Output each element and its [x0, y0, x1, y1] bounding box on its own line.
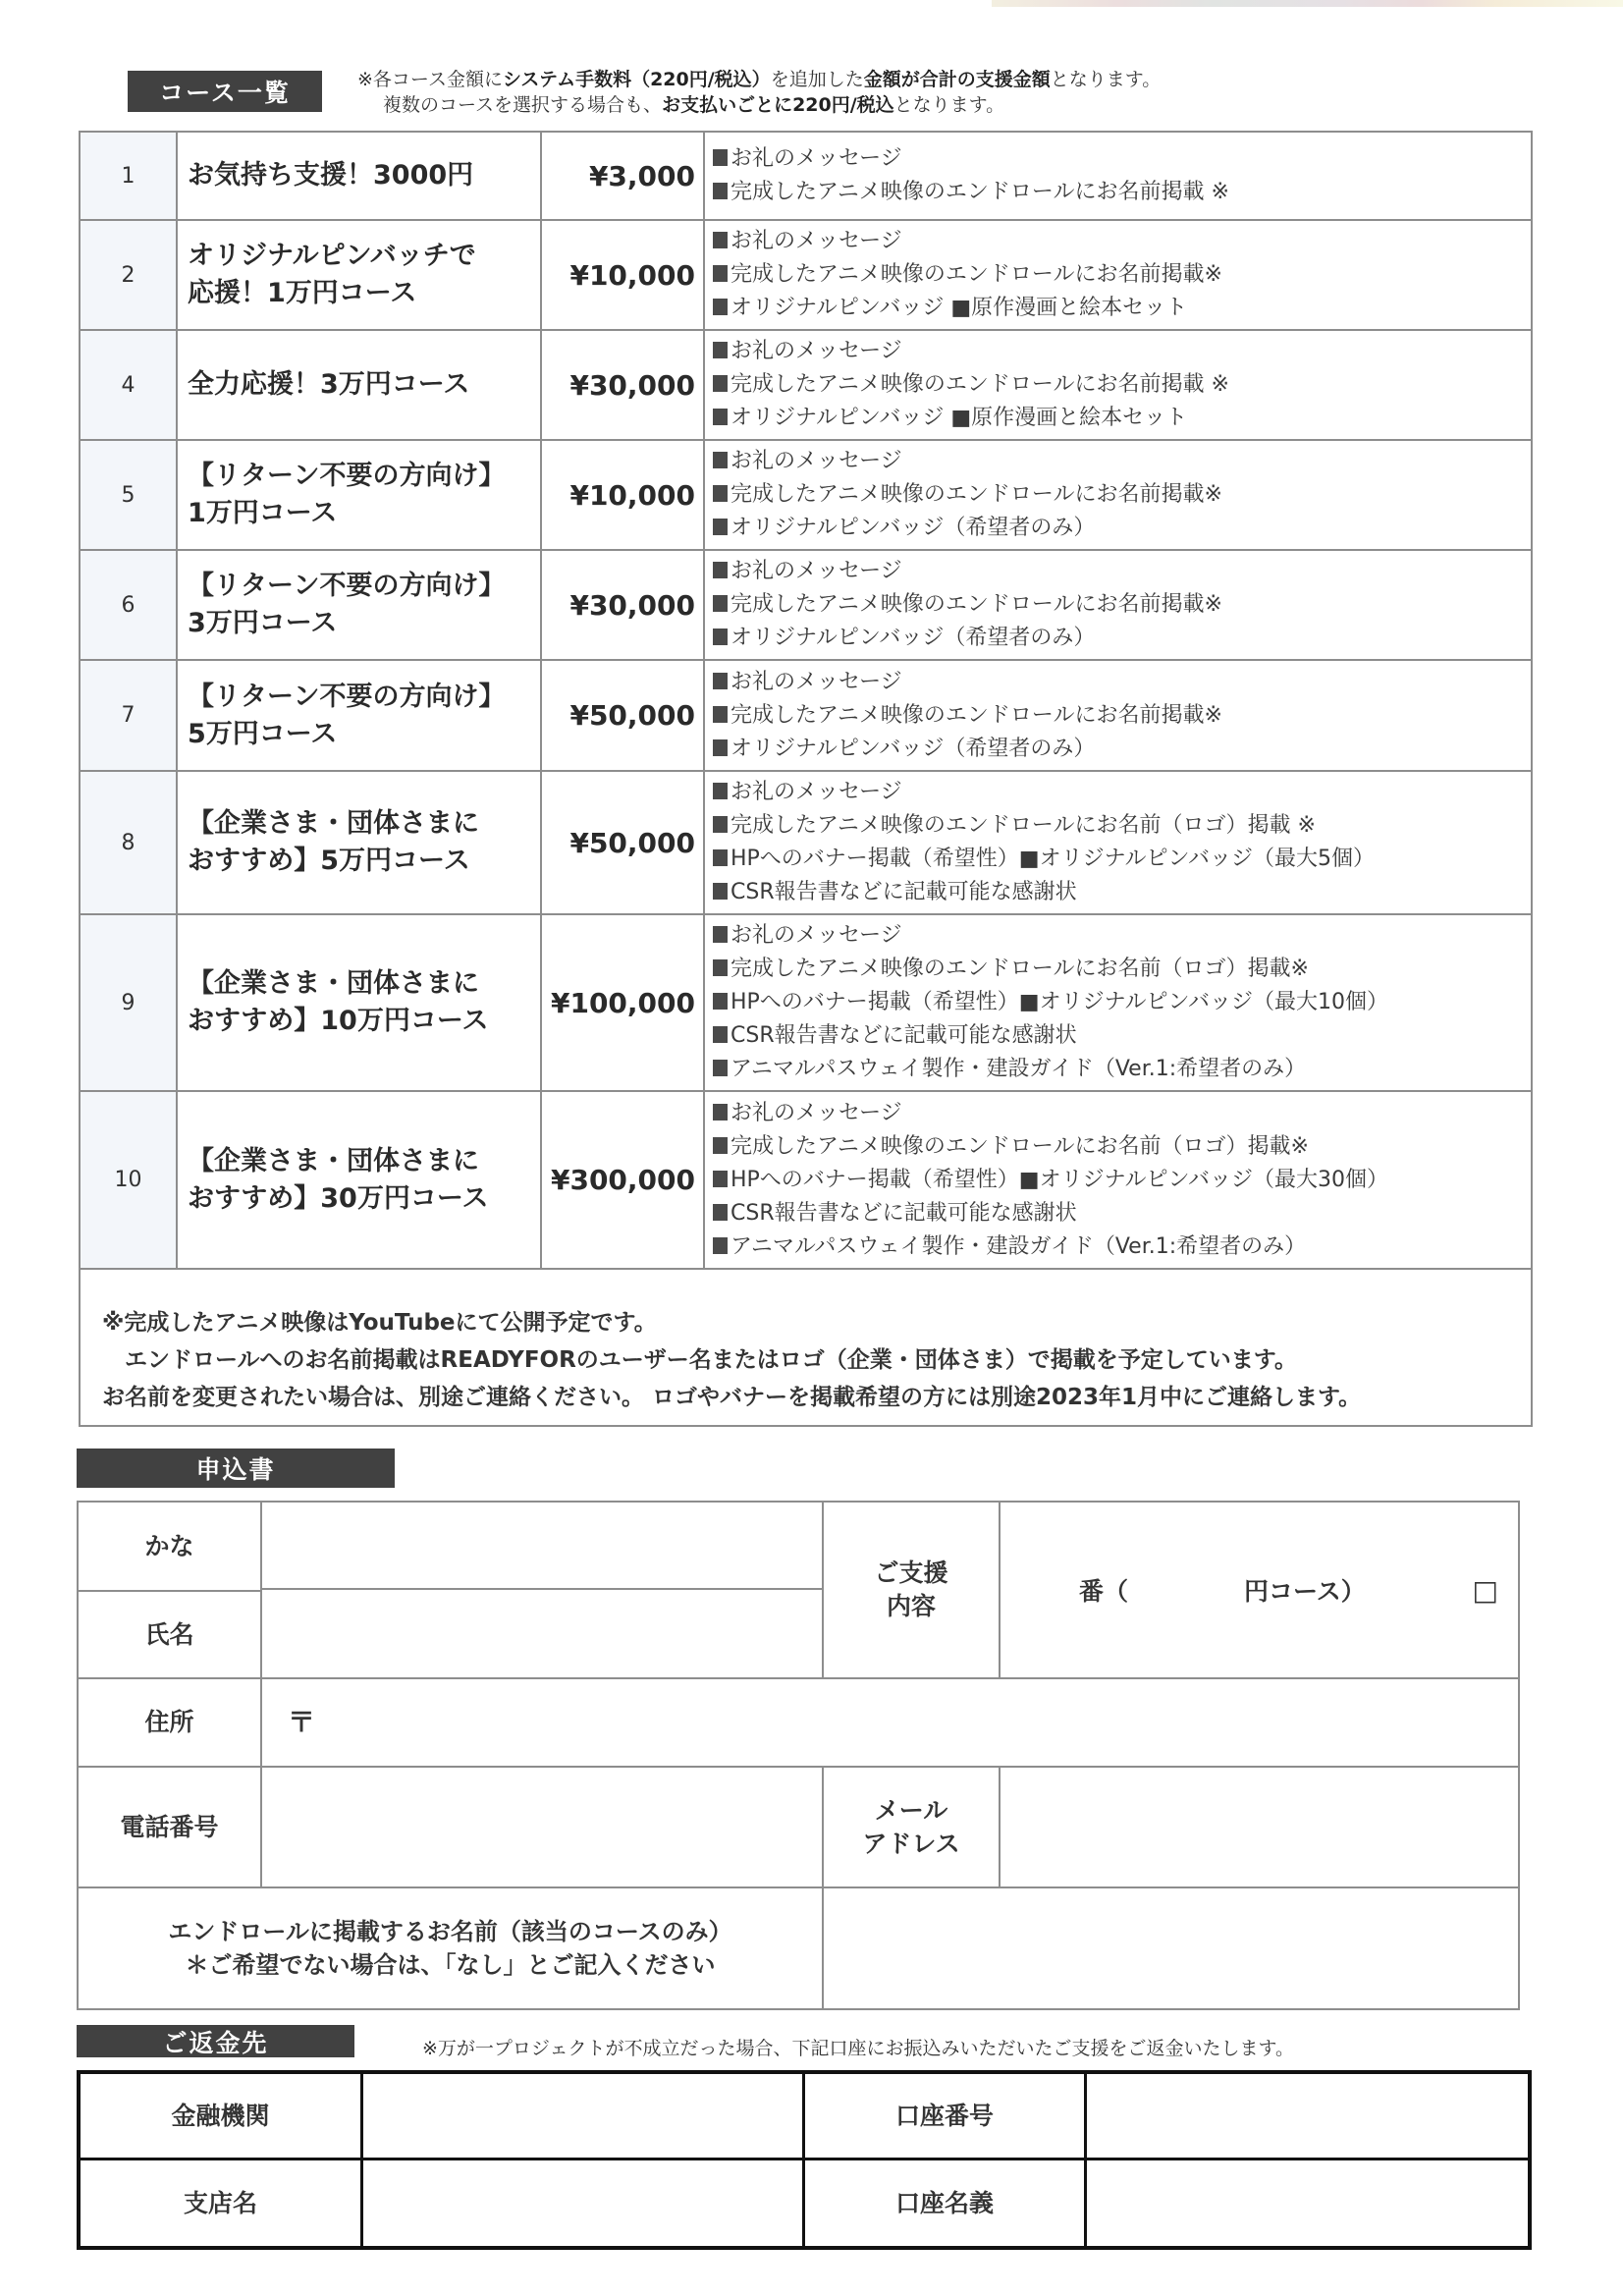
bullet-square-icon [713, 1026, 728, 1043]
bullet-square-icon [713, 183, 728, 199]
kana-cell [262, 1503, 824, 1590]
reward-item: 完成したアニメ映像のエンドロールにお名前掲載 ※ [713, 368, 1531, 402]
scan-edge-artifact [992, 0, 1623, 7]
course-price: ¥50,000 [541, 660, 704, 771]
reward-item: 完成したアニメ映像のエンドロールにお名前（ロゴ）掲載※ [713, 1130, 1531, 1164]
course-name-line: 5万円コース [188, 716, 540, 753]
course-row: 7【リターン不要の方向け】5万円コース¥50,000お礼のメッセージ完成したアニ… [80, 660, 1532, 771]
course-name: 【リターン不要の方向け】3万円コース [177, 550, 541, 660]
course-row: 1お気持ち支援！3000円¥3,000お礼のメッセージ完成したアニメ映像のエンド… [80, 132, 1532, 220]
phone-cell [262, 1766, 824, 1886]
course-row: 8【企業さま・団体さまにおすすめ】5万円コース¥50,000お礼のメッセージ完成… [80, 771, 1532, 914]
reward-item: HPへのバナー掲載（希望性）■オリジナルピンバッジ（最大30個） [713, 1164, 1531, 1197]
footnote-line: エンドロールへのお名前掲載はREADYFORのユーザー名またはロゴ（企業・団体さ… [102, 1341, 1531, 1379]
branch-cell [363, 2160, 805, 2246]
name-label: 氏名 [79, 1590, 262, 1677]
course-footnote: ※完成したアニメ映像はYouTubeにて公開予定です。 エンドロールへのお名前掲… [80, 1269, 1532, 1426]
bullet-square-icon [713, 816, 728, 833]
kana-label: かな [79, 1503, 262, 1590]
branch-label: 支店名 [81, 2160, 363, 2246]
account-number-input[interactable] [1097, 2094, 1509, 2139]
reward-item: CSR報告書などに記載可能な感謝状 [713, 1197, 1531, 1230]
course-name: オリジナルピンバッチで応援！1万円コース [177, 220, 541, 330]
bullet-square-icon [713, 883, 728, 900]
course-row: 9【企業さま・団体さまにおすすめ】10万円コース¥100,000お礼のメッセージ… [80, 914, 1532, 1091]
bullet-square-icon [713, 959, 728, 976]
course-amount-suffix: 円コース） [1244, 1572, 1366, 1608]
reward-item: オリジナルピンバッジ（希望者のみ） [713, 622, 1531, 655]
courses-fee-note: ※各コース金額にシステム手数料（220円/税込）を追加した金額が合計の支援金額と… [357, 67, 1161, 118]
account-holder-cell [1087, 2160, 1528, 2246]
course-table: 1お気持ち支援！3000円¥3,000お礼のメッセージ完成したアニメ映像のエンド… [79, 131, 1533, 1427]
course-number: 4 [80, 330, 177, 440]
reward-item: CSR報告書などに記載可能な感謝状 [713, 1019, 1531, 1053]
course-number: 6 [80, 550, 177, 660]
course-rewards: お礼のメッセージ完成したアニメ映像のエンドロールにお名前掲載※オリジナルピンバッ… [704, 550, 1532, 660]
course-name-line: オリジナルピンバッチで [188, 238, 540, 275]
reward-item: オリジナルピンバッジ ■原作漫画と絵本セット [713, 402, 1531, 435]
account-number-label: 口座番号 [805, 2074, 1087, 2160]
reward-item: お礼のメッセージ [713, 666, 1531, 699]
reward-item: お礼のメッセージ [713, 445, 1531, 478]
phone-input[interactable] [272, 1803, 812, 1850]
reward-item: オリジナルピンバッジ（希望者のみ） [713, 733, 1531, 766]
support-content-label: ご支援 内容 [824, 1503, 1001, 1677]
application-section-tag: 申込書 [77, 1449, 395, 1488]
name-cell [262, 1590, 824, 1677]
course-row: 10【企業さま・団体さまにおすすめ】30万円コース¥300,000お礼のメッセー… [80, 1091, 1532, 1269]
bullet-square-icon [713, 595, 728, 612]
course-name-line: 全力応援！3万円コース [188, 366, 540, 404]
course-row: 4全力応援！3万円コース¥30,000お礼のメッセージ完成したアニメ映像のエンド… [80, 330, 1532, 440]
bullet-square-icon [713, 265, 728, 282]
course-number: 2 [80, 220, 177, 330]
endroll-name-label: エンドロールに掲載するお名前（該当のコースのみ） ＊ご希望でない場合は、「なし」… [79, 1886, 824, 2008]
course-name: 【企業さま・団体さまにおすすめ】5万円コース [177, 771, 541, 914]
course-rewards: お礼のメッセージ完成したアニメ映像のエンドロールにお名前（ロゴ）掲載 ※HPへの… [704, 771, 1532, 914]
bullet-square-icon [713, 562, 728, 578]
reward-item: 完成したアニメ映像のエンドロールにお名前掲載 ※ [713, 176, 1531, 209]
postal-mark: 〒 [288, 1701, 315, 1740]
course-name-line: 【リターン不要の方向け】 [188, 458, 540, 495]
course-price: ¥10,000 [541, 220, 704, 330]
course-name-line: 【企業さま・団体さまに [188, 1143, 540, 1180]
course-row: 5【リターン不要の方向け】1万円コース¥10,000お礼のメッセージ完成したアニ… [80, 440, 1532, 550]
reward-item: HPへのバナー掲載（希望性）■オリジナルピンバッジ（最大10個） [713, 986, 1531, 1019]
bullet-square-icon [713, 485, 728, 502]
reward-item: お礼のメッセージ [713, 335, 1531, 368]
bullet-square-icon [713, 1237, 728, 1254]
course-price: ¥3,000 [541, 132, 704, 220]
course-price: ¥10,000 [541, 440, 704, 550]
course-row: 2オリジナルピンバッチで応援！1万円コース¥10,000お礼のメッセージ完成した… [80, 220, 1532, 330]
bank-input[interactable] [373, 2094, 785, 2139]
name-input[interactable] [272, 1610, 812, 1657]
reward-item: 完成したアニメ映像のエンドロールにお名前掲載※ [713, 258, 1531, 292]
address-cell: 〒 [262, 1677, 1518, 1766]
course-name-line: 3万円コース [188, 605, 540, 642]
footnote-line: ※完成したアニメ映像はYouTubeにて公開予定です。 [102, 1304, 1531, 1341]
bullet-square-icon [713, 232, 728, 248]
course-number-input[interactable] [1001, 1570, 1079, 1610]
course-rewards: お礼のメッセージ完成したアニメ映像のエンドロールにお名前掲載※オリジナルピンバッ… [704, 220, 1532, 330]
refund-section-tag: ご返金先 [77, 2025, 354, 2057]
email-label: メール アドレス [824, 1766, 1001, 1886]
reward-item: お礼のメッセージ [713, 919, 1531, 953]
course-name-line: 【企業さま・団体さまに [188, 805, 540, 843]
course-name: 【企業さま・団体さまにおすすめ】10万円コース [177, 914, 541, 1091]
course-rewards: お礼のメッセージ完成したアニメ映像のエンドロールにお名前掲載 ※オリジナルピンバ… [704, 330, 1532, 440]
course-number: 9 [80, 914, 177, 1091]
course-name: 【リターン不要の方向け】1万円コース [177, 440, 541, 550]
course-rewards: お礼のメッセージ完成したアニメ映像のエンドロールにお名前掲載※オリジナルピンバッ… [704, 660, 1532, 771]
address-label: 住所 [79, 1677, 262, 1766]
course-rewards: お礼のメッセージ完成したアニメ映像のエンドロールにお名前掲載※オリジナルピンバッ… [704, 440, 1532, 550]
course-checkbox[interactable]: □ [1473, 1574, 1498, 1607]
course-name-line: 【企業さま・団体さまに [188, 965, 540, 1003]
bank-cell [363, 2074, 805, 2160]
course-row: 6【リターン不要の方向け】3万円コース¥30,000お礼のメッセージ完成したアニ… [80, 550, 1532, 660]
course-price: ¥30,000 [541, 330, 704, 440]
course-number: 1 [80, 132, 177, 220]
reward-item: お礼のメッセージ [713, 142, 1531, 176]
email-input[interactable] [1010, 1803, 1506, 1850]
course-name-line: 【リターン不要の方向け】 [188, 679, 540, 716]
course-number: 10 [80, 1091, 177, 1269]
kana-input[interactable] [272, 1522, 812, 1569]
bullet-square-icon [713, 1060, 728, 1076]
reward-item: お礼のメッセージ [713, 776, 1531, 809]
course-name: お気持ち支援！3000円 [177, 132, 541, 220]
account-holder-label: 口座名義 [805, 2160, 1087, 2246]
reward-item: オリジナルピンバッジ ■原作漫画と絵本セット [713, 292, 1531, 325]
bullet-square-icon [713, 706, 728, 723]
reward-item: 完成したアニメ映像のエンドロールにお名前掲載※ [713, 478, 1531, 512]
branch-input[interactable] [373, 2180, 785, 2225]
bullet-square-icon [713, 299, 728, 315]
phone-label: 電話番号 [79, 1766, 262, 1886]
course-rewards: お礼のメッセージ完成したアニメ映像のエンドロールにお名前掲載 ※ [704, 132, 1532, 220]
course-name: 【企業さま・団体さまにおすすめ】30万円コース [177, 1091, 541, 1269]
course-number: 8 [80, 771, 177, 914]
bullet-square-icon [713, 849, 728, 866]
bank-label: 金融機関 [81, 2074, 363, 2160]
bullet-square-icon [713, 452, 728, 468]
course-name-line: 【リターン不要の方向け】 [188, 568, 540, 605]
reward-item: アニマルパスウェイ製作・建設ガイド（Ver.1:希望者のみ） [713, 1053, 1531, 1086]
reward-item: アニマルパスウェイ製作・建設ガイド（Ver.1:希望者のみ） [713, 1230, 1531, 1264]
reward-item: HPへのバナー掲載（希望性）■オリジナルピンバッジ（最大5個） [713, 843, 1531, 876]
course-rewards: お礼のメッセージ完成したアニメ映像のエンドロールにお名前（ロゴ）掲載※HPへのバ… [704, 914, 1532, 1091]
reward-item: お礼のメッセージ [713, 555, 1531, 588]
course-price: ¥100,000 [541, 914, 704, 1091]
bullet-square-icon [713, 1204, 728, 1221]
bullet-square-icon [713, 926, 728, 943]
account-number-cell [1087, 2074, 1528, 2160]
course-name: 【リターン不要の方向け】5万円コース [177, 660, 541, 771]
reward-item: お礼のメッセージ [713, 1097, 1531, 1130]
reward-item: 完成したアニメ映像のエンドロールにお名前（ロゴ）掲載※ [713, 953, 1531, 986]
bullet-square-icon [713, 1171, 728, 1187]
fee-note-line-2: 複数のコースを選択する場合も、お支払いごとに220円/税込となります。 [357, 92, 1161, 118]
course-rewards: お礼のメッセージ完成したアニメ映像のエンドロールにお名前（ロゴ）掲載※HPへのバ… [704, 1091, 1532, 1269]
course-name-line: おすすめ】5万円コース [188, 843, 540, 880]
bullet-square-icon [713, 629, 728, 645]
reward-item: オリジナルピンバッジ（希望者のみ） [713, 512, 1531, 545]
bullet-square-icon [713, 375, 728, 392]
course-name-line: おすすめ】10万円コース [188, 1003, 540, 1040]
courses-section-tag: コース一覧 [128, 71, 322, 112]
reward-item: CSR報告書などに記載可能な感謝状 [713, 876, 1531, 909]
course-name-line: 応援！1万円コース [188, 275, 540, 312]
bullet-square-icon [713, 783, 728, 799]
endroll-name-input[interactable] [836, 1926, 1503, 1973]
reward-item: 完成したアニメ映像のエンドロールにお名前掲載※ [713, 588, 1531, 622]
course-number-suffix: 番（ [1079, 1572, 1128, 1608]
course-name: 全力応援！3万円コース [177, 330, 541, 440]
refund-account-table: 金融機関 口座番号 支店名 口座名義 [77, 2070, 1532, 2250]
course-name-line: おすすめ】30万円コース [188, 1180, 540, 1218]
course-number: 7 [80, 660, 177, 771]
course-number: 5 [80, 440, 177, 550]
bullet-square-icon [713, 149, 728, 166]
reward-item: お礼のメッセージ [713, 225, 1531, 258]
refund-note: ※万が一プロジェクトが不成立だった場合、下記口座にお振込みいただいたご支援をご返… [422, 2036, 1294, 2061]
address-input[interactable] [331, 1699, 1499, 1746]
course-amount-input[interactable] [1128, 1570, 1244, 1610]
bullet-square-icon [713, 993, 728, 1010]
course-price: ¥30,000 [541, 550, 704, 660]
course-name-line: お気持ち支援！3000円 [188, 157, 540, 194]
footnote-line: お名前を変更されたい場合は、別途ご連絡ください。 ロゴやバナーを掲載希望の方には… [102, 1379, 1531, 1416]
application-form: かな 氏名 ご支援 内容 番（ 円コース） □ 住所 〒 電話番号 メール アド… [77, 1501, 1520, 2010]
course-price: ¥300,000 [541, 1091, 704, 1269]
bullet-square-icon [713, 739, 728, 756]
account-holder-input[interactable] [1097, 2180, 1509, 2225]
fee-note-line-1: ※各コース金額にシステム手数料（220円/税込）を追加した金額が合計の支援金額と… [357, 67, 1161, 92]
bullet-square-icon [713, 1104, 728, 1121]
bullet-square-icon [713, 342, 728, 358]
email-cell [1001, 1766, 1518, 1886]
reward-item: 完成したアニメ映像のエンドロールにお名前（ロゴ）掲載 ※ [713, 809, 1531, 843]
endroll-name-cell [824, 1886, 1518, 2008]
course-name-line: 1万円コース [188, 495, 540, 532]
bullet-square-icon [713, 673, 728, 689]
bullet-square-icon [713, 519, 728, 535]
bullet-square-icon [713, 409, 728, 425]
course-price: ¥50,000 [541, 771, 704, 914]
reward-item: 完成したアニメ映像のエンドロールにお名前掲載※ [713, 699, 1531, 733]
bullet-square-icon [713, 1137, 728, 1154]
support-content-cell: 番（ 円コース） □ [1001, 1503, 1518, 1677]
